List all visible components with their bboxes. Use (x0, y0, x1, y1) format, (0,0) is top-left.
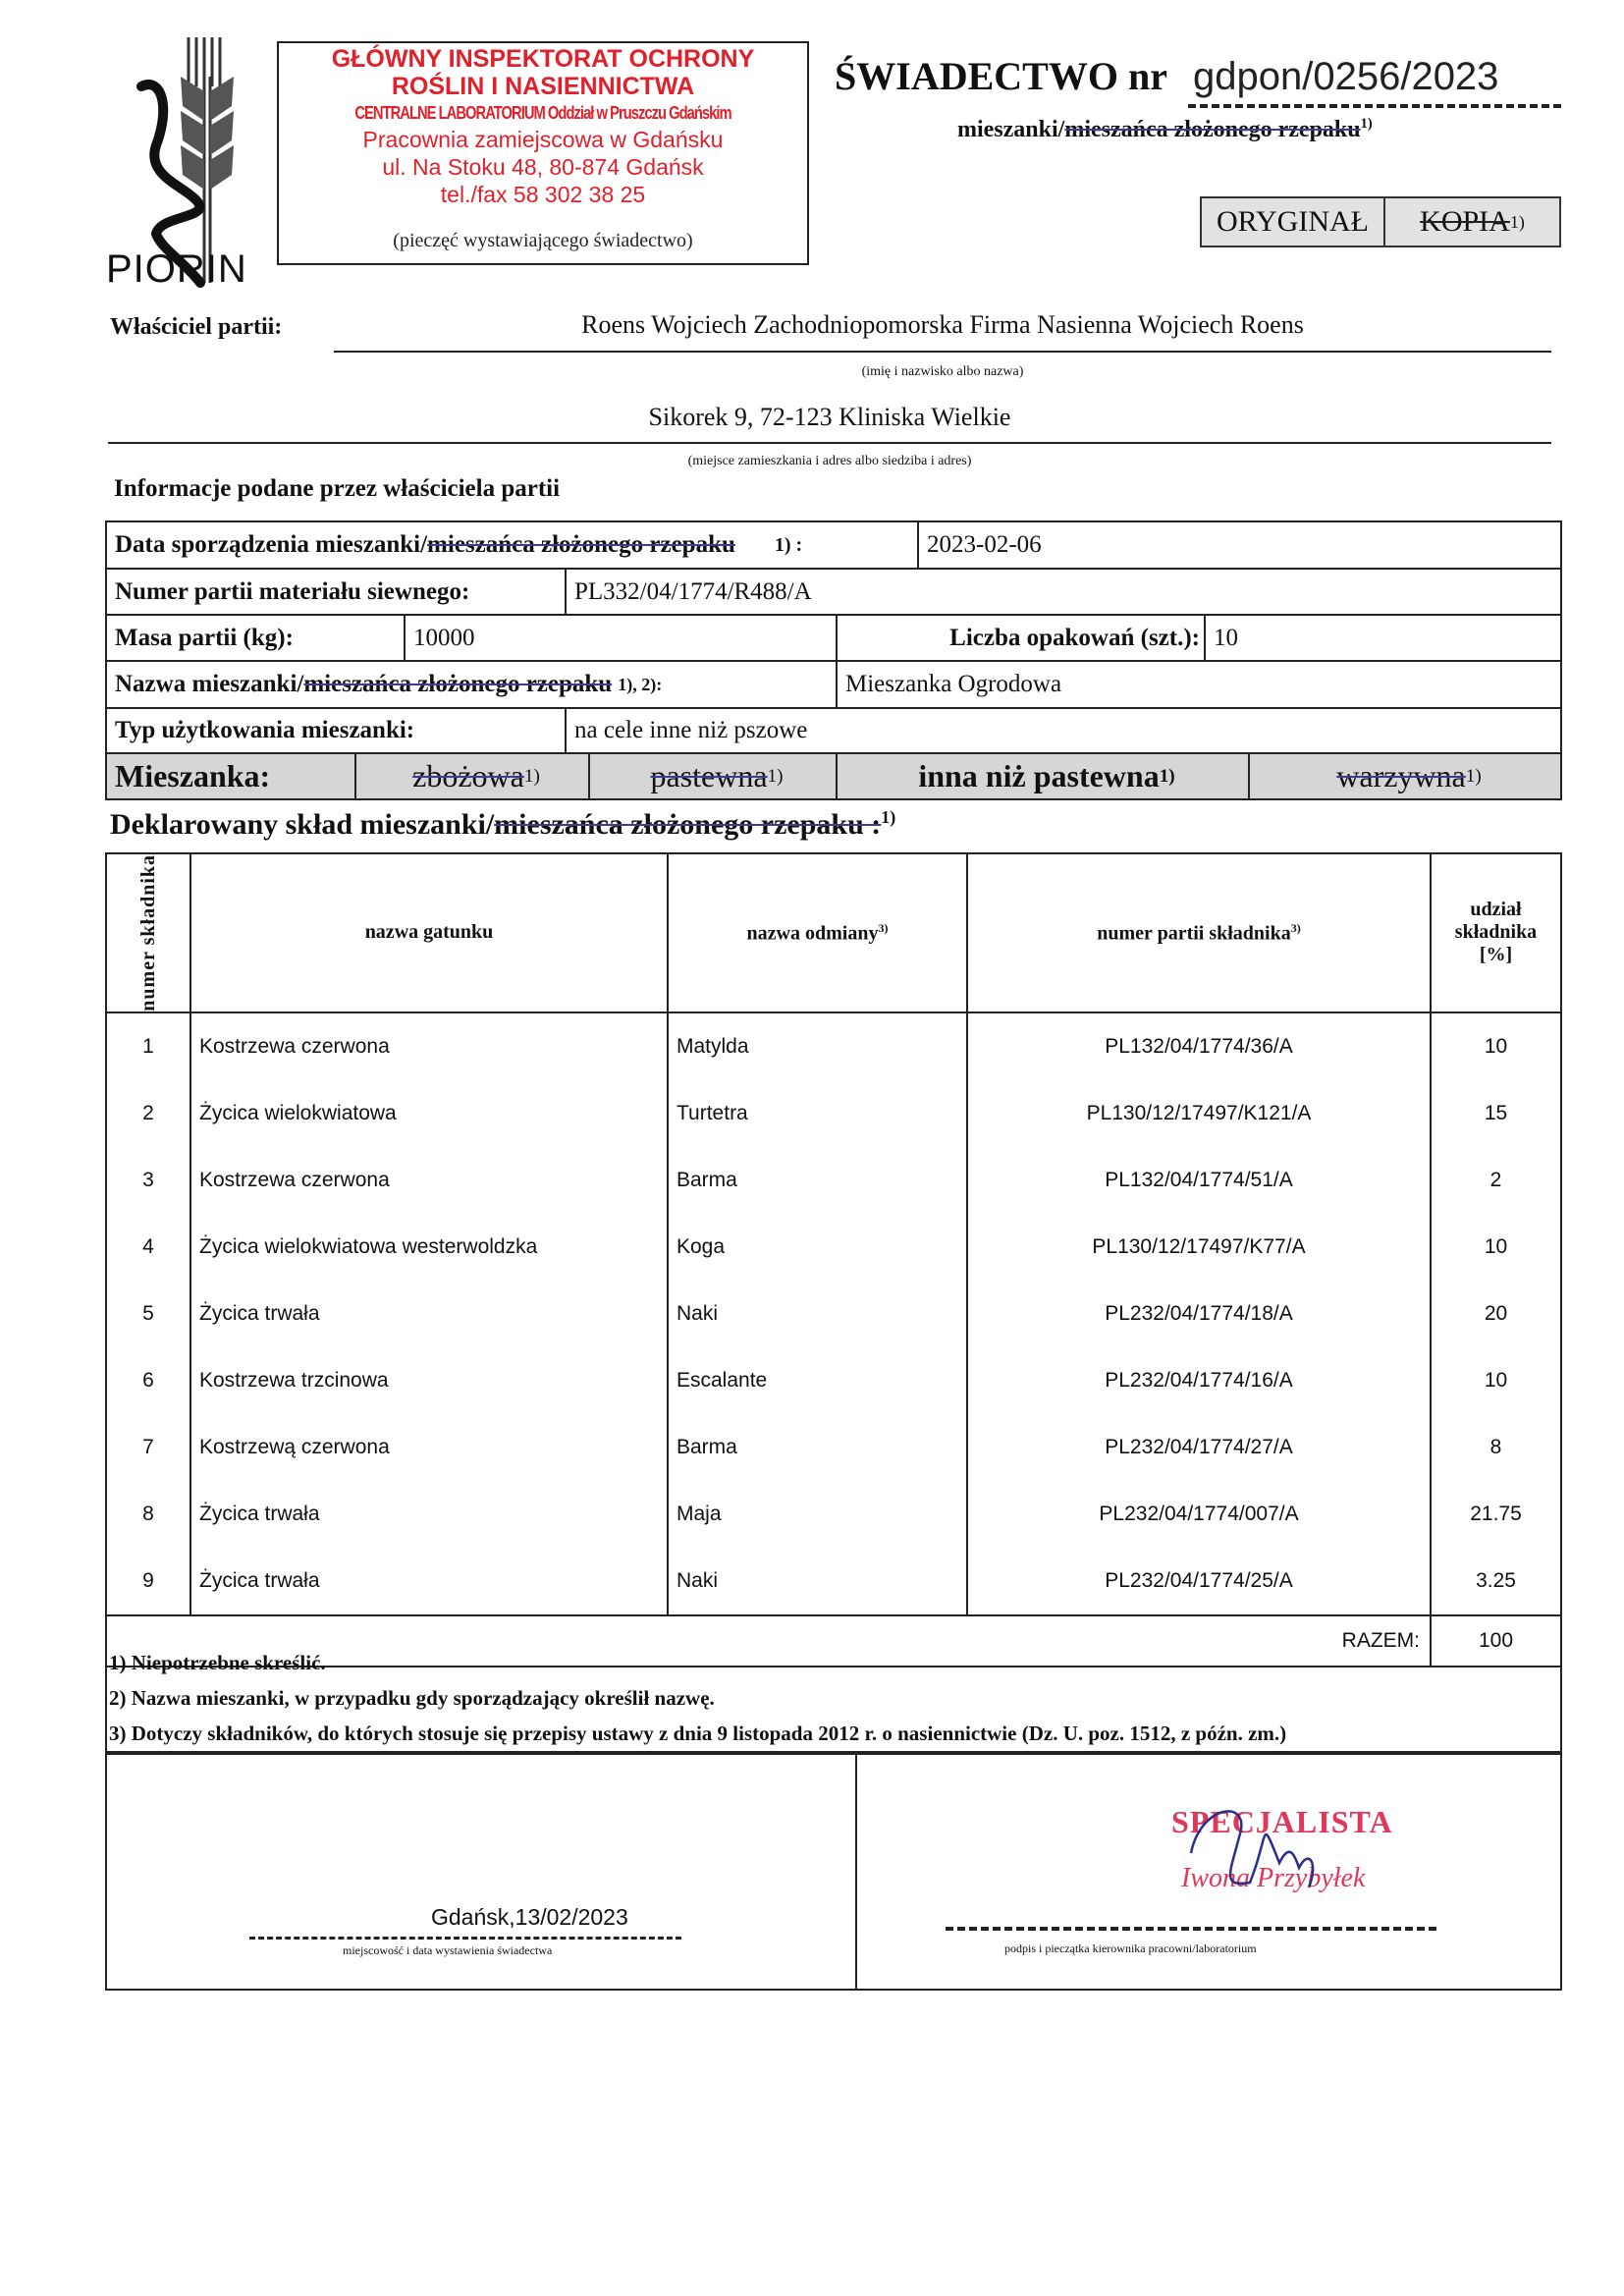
component-lot: PL130/12/17497/K121/A (967, 1080, 1431, 1147)
owner-name-line (334, 351, 1551, 353)
variety-name: Koga (668, 1214, 967, 1281)
certificate-subtitle: mieszanki/mieszańca złożonego rzepaku1) (957, 116, 1373, 143)
stamp-line-3: CENTRALNE LABORATORIUM Oddział w Pruszcz… (326, 100, 759, 126)
variety-name: Matylda (668, 1012, 967, 1080)
component-share: 10 (1431, 1214, 1561, 1281)
mix-name-label: Nazwa mieszanki/mieszańca złożonego rzep… (107, 662, 836, 707)
col-variety: nazwa odmiany3) (668, 853, 967, 1012)
composition-row: 3Kostrzewa czerwonaBarmaPL132/04/1774/51… (106, 1147, 1561, 1214)
issuer-stamp-box: GŁÓWNY INSPEKTORAT OCHRONY ROŚLIN I NASI… (277, 41, 809, 265)
component-share: 2 (1431, 1147, 1561, 1214)
handwritten-signature-icon (1181, 1794, 1338, 1912)
owner-name-caption: (imię i nazwisko albo nazwa) (334, 364, 1551, 380)
composition-row: 8Życica trwałaMajaPL232/04/1774/007/A21.… (106, 1481, 1561, 1548)
species-name: Kostrzewa czerwona (190, 1147, 668, 1214)
stamp-line-5: ul. Na Stoku 48, 80-874 Gdańsk (279, 153, 807, 181)
stamp-line-6: tel./fax 58 302 38 25 (279, 181, 807, 208)
owner-address: Sikorek 9, 72-123 Kliniska Wielkie (108, 403, 1551, 432)
composition-row: 1Kostrzewa czerwonaMatyldaPL132/04/1774/… (106, 1012, 1561, 1080)
place-date-line (249, 1937, 681, 1940)
composition-row: 5Życica trwałaNakiPL232/04/1774/18/A20 (106, 1281, 1561, 1347)
info-row-use: Typ użytkowania mieszanki: na cele inne … (105, 709, 1562, 754)
subtitle-kept: mieszanki/ (957, 117, 1064, 142)
component-number: 5 (106, 1281, 190, 1347)
stamp-caption: (pieczęć wystawiającego świadectwo) (279, 230, 807, 252)
component-lot: PL232/04/1774/25/A (967, 1548, 1431, 1615)
use-label: Typ użytkowania mieszanki: (107, 709, 565, 752)
original-copy-box: ORYGINAŁ KOPIA1) (1200, 196, 1561, 247)
lot-label: Numer partii materiału siewnego: (107, 570, 565, 614)
stamp-line-1: GŁÓWNY INSPEKTORAT OCHRONY (279, 45, 807, 73)
variety-name: Maja (668, 1481, 967, 1548)
mix-option-3: warzywna1) (1248, 754, 1560, 798)
footnote-3: 3) Dotyczy składników, do których stosuj… (107, 1716, 1560, 1751)
component-lot: PL132/04/1774/51/A (967, 1147, 1431, 1214)
species-name: Kostrzewa czerwona (190, 1012, 668, 1080)
component-lot: PL232/04/1774/007/A (967, 1481, 1431, 1548)
certificate-title: ŚWIADECTWO nr (835, 53, 1167, 99)
footnote-2: 2) Nazwa mieszanki, w przypadku gdy spor… (107, 1680, 1560, 1716)
variety-name: Barma (668, 1414, 967, 1481)
component-share: 3.25 (1431, 1548, 1561, 1615)
certificate-number-underline (1188, 104, 1561, 108)
species-name: Kostrzewa trzcinowa (190, 1347, 668, 1414)
mix-type-label: Mieszanka: (107, 754, 354, 798)
species-name: Życica trwała (190, 1481, 668, 1548)
component-lot: PL232/04/1774/27/A (967, 1414, 1431, 1481)
composition-row: 9Życica trwałaNakiPL232/04/1774/25/A3.25 (106, 1548, 1561, 1615)
composition-row: 4Życica wielokwiatowa westerwoldzkaKogaP… (106, 1214, 1561, 1281)
component-number: 9 (106, 1548, 190, 1615)
mix-option-2: inna niż pastewna1) (836, 754, 1248, 798)
variety-name: Naki (668, 1548, 967, 1615)
info-row-mass: Masa partii (kg): 10000 Liczba opakowań … (105, 616, 1562, 662)
info-heading: Informacje podane przez właściciela part… (114, 475, 560, 503)
owner-label: Właściciel partii: (110, 314, 282, 341)
packages-value: 10 (1204, 616, 1560, 660)
component-share: 20 (1431, 1281, 1561, 1347)
component-number: 1 (106, 1012, 190, 1080)
variety-name: Barma (668, 1147, 967, 1214)
component-share: 21.75 (1431, 1481, 1561, 1548)
variety-name: Naki (668, 1281, 967, 1347)
place-date-caption: miejscowość i data wystawienia świadectw… (343, 1943, 552, 1958)
mix-name-value: Mieszanka Ogrodowa (836, 662, 1560, 707)
composition-row: 6Kostrzewa trzcinowaEscalantePL232/04/17… (106, 1347, 1561, 1414)
place-date: Gdańsk,13/02/2023 (431, 1904, 628, 1931)
signature-section: Gdańsk,13/02/2023 miejscowość i data wys… (105, 1753, 1562, 1991)
info-row-mix-type: Mieszanka: zbożowa1) pastewna1) inna niż… (105, 754, 1562, 800)
info-row-lot: Numer partii materiału siewnego: PL332/0… (105, 570, 1562, 616)
mix-option-1: pastewna1) (588, 754, 836, 798)
logo-text: PIORIN (106, 247, 247, 292)
original-label: ORYGINAŁ (1202, 198, 1385, 246)
component-lot: PL232/04/1774/18/A (967, 1281, 1431, 1347)
place-date-block: Gdańsk,13/02/2023 miejscowość i data wys… (107, 1755, 857, 1989)
owner-name: Roens Wojciech Zachodniopomorska Firma N… (334, 310, 1551, 340)
signature-caption: podpis i pieczątka kierownika pracowni/l… (1004, 1941, 1257, 1956)
component-number: 8 (106, 1481, 190, 1548)
date-value: 2023-02-06 (917, 522, 1560, 568)
component-lot: PL130/12/17497/K77/A (967, 1214, 1431, 1281)
composition-table: numer składnika nazwa gatunku nazwa odmi… (105, 852, 1562, 1667)
composition-row: 2Życica wielokwiatowaTurtetraPL130/12/17… (106, 1080, 1561, 1147)
stamp-line-2: ROŚLIN I NASIENNICTWA (279, 73, 807, 100)
stamp-line-4: Pracownia zamiejscowa w Gdańsku (279, 126, 807, 153)
variety-name: Escalante (668, 1347, 967, 1414)
owner-address-caption: (miejsce zamieszkania i adres albo siedz… (108, 454, 1551, 469)
species-name: Życica wielokwiatowa westerwoldzka (190, 1214, 668, 1281)
species-name: Życica wielokwiatowa (190, 1080, 668, 1147)
variety-name: Turtetra (668, 1080, 967, 1147)
species-name: Kostrzewą czerwona (190, 1414, 668, 1481)
subtitle-note: 1) (1361, 116, 1373, 132)
col-share: udział składnika [%] (1431, 853, 1561, 1012)
species-name: Życica trwała (190, 1281, 668, 1347)
component-share: 8 (1431, 1414, 1561, 1481)
owner-address-line (108, 442, 1551, 444)
lot-value: PL332/04/1774/R488/A (565, 570, 1560, 614)
footnote-1: 1) Niepotrzebne skreślić. (107, 1645, 1560, 1680)
mass-label: Masa partii (kg): (107, 616, 404, 660)
certificate-number: gdpon/0256/2023 (1193, 55, 1498, 99)
composition-row: 7Kostrzewą czerwonaBarmaPL232/04/1774/27… (106, 1414, 1561, 1481)
use-value: na cele inne niż pszowe (565, 709, 1560, 752)
signature-line (946, 1927, 1436, 1931)
component-share: 10 (1431, 1012, 1561, 1080)
component-number: 4 (106, 1214, 190, 1281)
copy-label: KOPIA1) (1385, 198, 1559, 246)
component-share: 10 (1431, 1347, 1561, 1414)
col-number: numer składnika (106, 853, 190, 1012)
info-row-date: Data sporządzenia mieszanki/mieszańca zł… (105, 520, 1562, 570)
species-name: Życica trwała (190, 1548, 668, 1615)
component-share: 15 (1431, 1080, 1561, 1147)
date-label: Data sporządzenia mieszanki/mieszańca zł… (107, 522, 917, 568)
component-number: 3 (106, 1147, 190, 1214)
component-lot: PL232/04/1774/16/A (967, 1347, 1431, 1414)
packages-label: Liczba opakowań (szt.): (836, 616, 1204, 660)
col-lot: numer partii składnika3) (967, 853, 1431, 1012)
component-number: 7 (106, 1414, 190, 1481)
component-number: 6 (106, 1347, 190, 1414)
composition-heading: Deklarowany skład mieszanki/mieszańca zł… (110, 807, 895, 842)
footnotes: 1) Niepotrzebne skreślić. 2) Nazwa miesz… (105, 1645, 1562, 1753)
col-species: nazwa gatunku (190, 853, 668, 1012)
component-number: 2 (106, 1080, 190, 1147)
mass-value: 10000 (404, 616, 836, 660)
signature-block: SPECJALISTA Iwona Przybyłek podpis i pie… (857, 1755, 1560, 1989)
mix-option-0: zbożowa1) (354, 754, 588, 798)
info-row-name: Nazwa mieszanki/mieszańca złożonego rzep… (105, 662, 1562, 709)
subtitle-struck: mieszańca złożonego rzepaku (1064, 117, 1360, 142)
component-lot: PL132/04/1774/36/A (967, 1012, 1431, 1080)
